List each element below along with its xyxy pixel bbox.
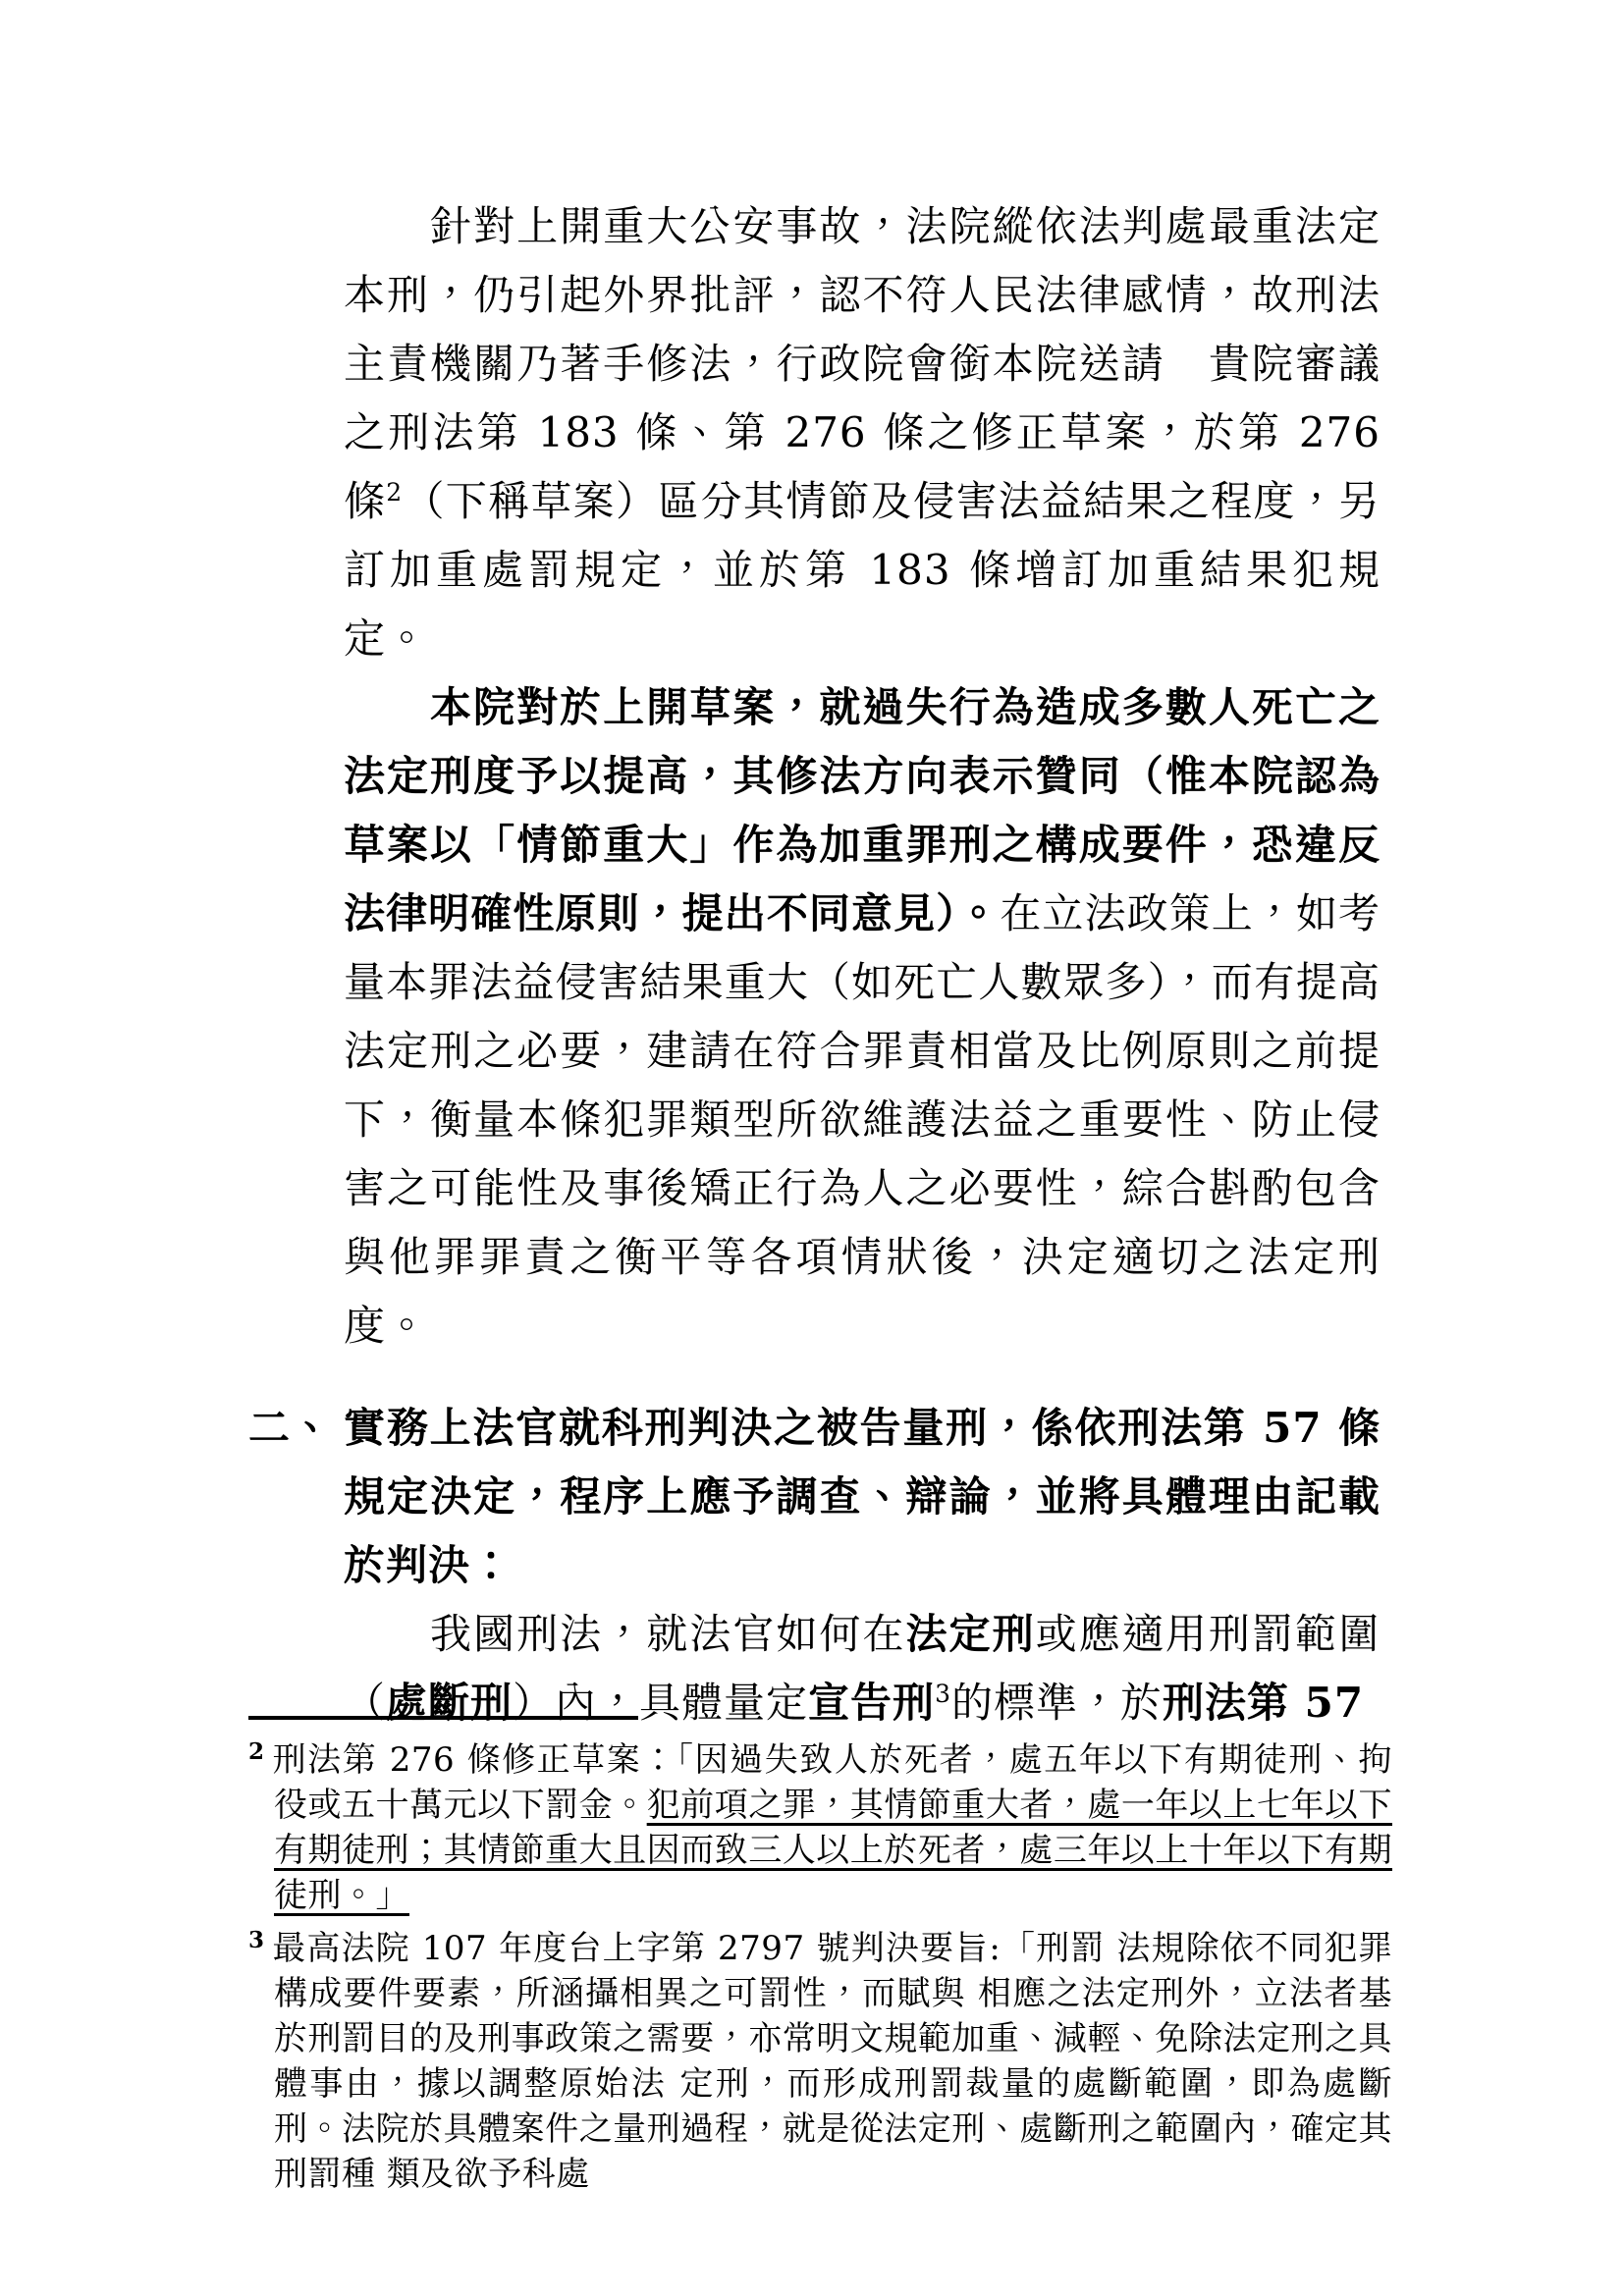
document-body: 針對上開重大公安事故，法院縱依法判處最重法定本刑，仍引起外界批評，認不符人民法律…: [344, 192, 1380, 1737]
footnote-area: 2刑法第 276 條修正草案：「因過失致人於死者，處五年以下有期徒刑、拘役或五十…: [248, 1716, 1392, 2197]
paragraph-3-text-a: 我國刑法，就法官如何在: [430, 1610, 906, 1658]
footnote-separator: [248, 1716, 638, 1720]
footnote-ref-2: 2: [386, 478, 403, 507]
footnote-2: 2刑法第 276 條修正草案：「因過失致人於死者，處五年以下有期徒刑、拘役或五十…: [248, 1737, 1392, 1918]
paragraph-2: 本院對於上開草案，就過失行為造成多數人死亡之法定刑度予以提高，其修法方向表示贊同…: [344, 673, 1380, 1361]
footnote-ref-3: 3: [935, 1680, 951, 1708]
section-2-body: 實務上法官就科刑判決之被告量刑，係依刑法第 57 條規定決定，程序上應予調查、辯…: [344, 1394, 1380, 1737]
footnote-3-marker: 3: [248, 1927, 272, 1953]
paragraph-2-regular-text: 在立法政策上，如考量本罪法益侵害結果重大（如死亡人數眾多），而有提高法定刑之必要…: [344, 889, 1380, 1350]
section-2-heading: 實務上法官就科刑判決之被告量刑，係依刑法第 57 條規定決定，程序上應予調查、辯…: [344, 1394, 1380, 1600]
paragraph-1: 針對上開重大公安事故，法院縱依法判處最重法定本刑，仍引起外界批評，認不符人民法律…: [344, 192, 1380, 673]
section-2: 二、 實務上法官就科刑判決之被告量刑，係依刑法第 57 條規定決定，程序上應予調…: [248, 1394, 1380, 1737]
document-page: 針對上開重大公安事故，法院縱依法判處最重法定本刑，仍引起外界批評，認不符人民法律…: [0, 0, 1624, 2296]
paragraph-1-text-b: （下稱草案）區分其情節及侵害法益結果之程度，另訂加重處罰規定，並於第 183 條…: [344, 477, 1380, 663]
footnote-2-marker: 2: [248, 1738, 272, 1765]
term-statutory-penalty: 法定刑: [906, 1610, 1036, 1658]
section-2-number: 二、: [248, 1394, 344, 1737]
footnote-3: 3最高法院 107 年度台上字第 2797 號判決要旨:「刑罰 法規除依不同犯罪…: [248, 1926, 1392, 2197]
footnote-3-text: 最高法院 107 年度台上字第 2797 號判決要旨:「刑罰 法規除依不同犯罪構…: [272, 1929, 1392, 2194]
